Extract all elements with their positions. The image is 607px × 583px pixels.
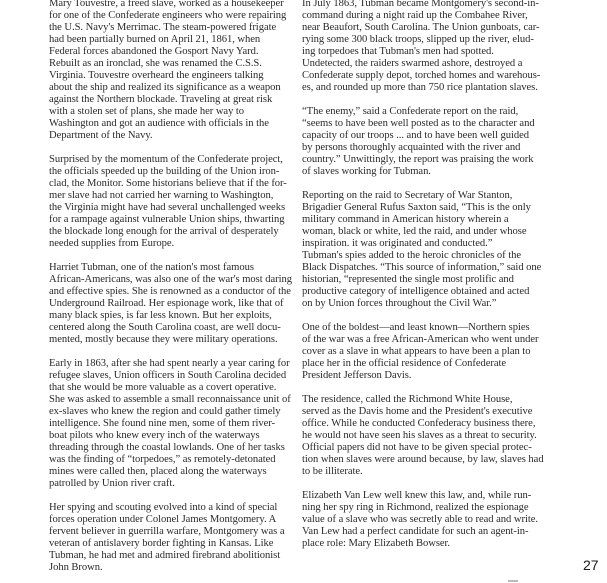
text-line: Rebuilt as an ironclad, she was renamed … [49, 58, 289, 70]
text-line: historian, “represented the single most … [302, 274, 542, 286]
text-line: rying some 300 black troops, slipped up … [302, 34, 542, 46]
text-line: military command in American history whe… [302, 214, 542, 226]
text-line: tion when slaves were around because, by… [302, 454, 542, 466]
paragraph: Her spying and scouting evolved into a k… [49, 502, 289, 574]
text-line: President Jefferson Davis. [302, 370, 542, 382]
text-line: of the war was a free African-American w… [302, 334, 542, 346]
text-line: Department of the Navy. [49, 130, 289, 142]
text-line: intelligence. She found nine men, some o… [49, 418, 289, 430]
text-line: forces operation under Colonel James Mon… [49, 514, 289, 526]
text-line: Van Lew had a perfect candidate for such… [302, 526, 542, 538]
text-line: value of a slave who was secretly able t… [302, 514, 542, 526]
text-line: of slaves working for Tubman. [302, 166, 542, 178]
text-line: African-Americans, was also one of the w… [49, 274, 289, 286]
text-line: the officials speeded up the building of… [49, 166, 289, 178]
text-line: the blockade long enough for the arrival… [49, 226, 289, 238]
text-line: Reporting on the raid to Secretary of Wa… [302, 190, 542, 202]
text-line: Underground Railroad. Her espionage work… [49, 298, 289, 310]
text-line: ning her spy ring in Richmond, realized … [302, 502, 542, 514]
text-line: veteran of antislavery border fighting i… [49, 538, 289, 550]
text-line: with a stolen set of plans, she made her… [49, 106, 289, 118]
text-line: against the Northern blockade. Traveling… [49, 94, 289, 106]
text-line: by persons thoroughly acquainted with th… [302, 142, 542, 154]
text-line: In July 1863, Tubman became Montgomery's… [302, 0, 542, 10]
text-line: needed supplies from Europe. [49, 238, 289, 250]
text-line: about the ship and realized its signific… [49, 82, 289, 94]
text-line: productive category of intelligence obta… [302, 286, 542, 298]
text-line: es, and rounded up more than 750 rice pl… [302, 82, 542, 94]
text-line: Official papers did not have to be given… [302, 442, 542, 454]
text-line: refugee slaves, Union officers in South … [49, 370, 289, 382]
text-line: for one of the Confederate engineers who… [49, 10, 289, 22]
text-line: office. While he conducted Confederacy b… [302, 418, 542, 430]
text-line: boat pilots who knew every inch of the w… [49, 430, 289, 442]
text-line: Elizabeth Van Lew well knew this law, an… [302, 490, 542, 502]
text-line: threading through the coastal lowlands. … [49, 442, 289, 454]
text-line: John Brown. [49, 562, 289, 574]
text-line: Mary Touvestre, a freed slave, worked as… [49, 0, 289, 10]
paragraph: Harriet Tubman, one of the nation's most… [49, 262, 289, 346]
text-line: She was asked to assemble a small reconn… [49, 394, 289, 406]
text-line: the Virginia might have had several unch… [49, 202, 289, 214]
paragraph: Early in 1863, after she had spent nearl… [49, 358, 289, 490]
text-line: Black Dispatches. “This source of inform… [302, 262, 542, 274]
paragraph: In July 1863, Tubman became Montgomery's… [302, 0, 542, 94]
text-line: on by Union forces throughout the Civil … [302, 298, 542, 310]
paragraph: Mary Touvestre, a freed slave, worked as… [49, 0, 289, 142]
text-line: Washington and got an audience with offi… [49, 118, 289, 130]
text-line: Virginia. Touvestre overheard the engine… [49, 70, 289, 82]
text-line: Brigadier General Rufus Saxton said, “Th… [302, 202, 542, 214]
text-line: “The enemy,” said a Confederate report o… [302, 106, 542, 118]
text-line: woman, black or white, led the raid, and… [302, 226, 542, 238]
text-line: Harriet Tubman, one of the nation's most… [49, 262, 289, 274]
text-line: was the finding of “torpedoes,” as remot… [49, 454, 289, 466]
text-line: served as the Davis home and the Preside… [302, 406, 542, 418]
text-line: Tubman's spies added to the heroic chron… [302, 250, 542, 262]
text-line: mented, mostly because they were militar… [49, 334, 289, 346]
text-line: place role: Mary Elizabeth Bowser. [302, 538, 542, 550]
paragraph: Elizabeth Van Lew well knew this law, an… [302, 490, 542, 550]
text-line: patrolled by Union river craft. [49, 478, 289, 490]
text-line: many black spies, is far less known. But… [49, 310, 289, 322]
page-number: 27 [583, 557, 599, 573]
text-line: for a rampage against vulnerable Union s… [49, 214, 289, 226]
text-line: Undetected, the raiders swarmed ashore, … [302, 58, 542, 70]
text-line: Federal forces abandoned the Gosport Nav… [49, 46, 289, 58]
text-line: cover as a slave in what appears to have… [302, 346, 542, 358]
paragraph: Surprised by the momentum of the Confede… [49, 154, 289, 250]
text-line: that she would be more valuable as a cov… [49, 382, 289, 394]
text-line: to be illiterate. [302, 466, 542, 478]
text-line: mer slave had not carried her warning to… [49, 190, 289, 202]
text-line: command during a night raid up the Comba… [302, 10, 542, 22]
text-line: Her spying and scouting evolved into a k… [49, 502, 289, 514]
text-line: Early in 1863, after she had spent nearl… [49, 358, 289, 370]
left-column: Mary Touvestre, a freed slave, worked as… [49, 0, 289, 583]
text-line: centered along the South Carolina coast,… [49, 322, 289, 334]
text-line: had been partially burned on April 21, 1… [49, 34, 289, 46]
text-line: Confederate supply depot, torched homes … [302, 70, 542, 82]
text-line: the U.S. Navy's Merrimac. The steam-powe… [49, 22, 289, 34]
paragraph: “The enemy,” said a Confederate report o… [302, 106, 542, 178]
text-line: “seems to have been well posted as to th… [302, 118, 542, 130]
text-line: The residence, called the Richmond White… [302, 394, 542, 406]
text-line: ex-slaves who knew the region and could … [49, 406, 289, 418]
text-line: fervent believer in guerrilla warfare, M… [49, 526, 289, 538]
text-line: ing torpedoes that Tubman's men had spot… [302, 46, 542, 58]
paragraph: One of the boldest—and least known—North… [302, 322, 542, 382]
text-line: clad, the Monitor. Some historians belie… [49, 178, 289, 190]
text-line: place her in the official residence of C… [302, 358, 542, 370]
bottom-edge-mark [508, 580, 518, 582]
paragraph: Reporting on the raid to Secretary of Wa… [302, 190, 542, 310]
text-line: country.” Unwittingly, the report was pr… [302, 154, 542, 166]
text-line: near Beaufort, South Carolina. The Union… [302, 22, 542, 34]
text-line: One of the boldest—and least known—North… [302, 322, 542, 334]
paragraph: The residence, called the Richmond White… [302, 394, 542, 478]
text-line: inspiration. it was originated and condu… [302, 238, 542, 250]
right-column: In July 1863, Tubman became Montgomery's… [302, 0, 542, 562]
text-line: capacity of our troops ... and to have b… [302, 130, 542, 142]
text-line: mines were called then, placed along the… [49, 466, 289, 478]
text-line: and effective spies. She is renowned as … [49, 286, 289, 298]
text-line: Tubman, he had met and admired firebrand… [49, 550, 289, 562]
text-line: he would not have seen his slaves as a t… [302, 430, 542, 442]
text-line: Surprised by the momentum of the Confede… [49, 154, 289, 166]
